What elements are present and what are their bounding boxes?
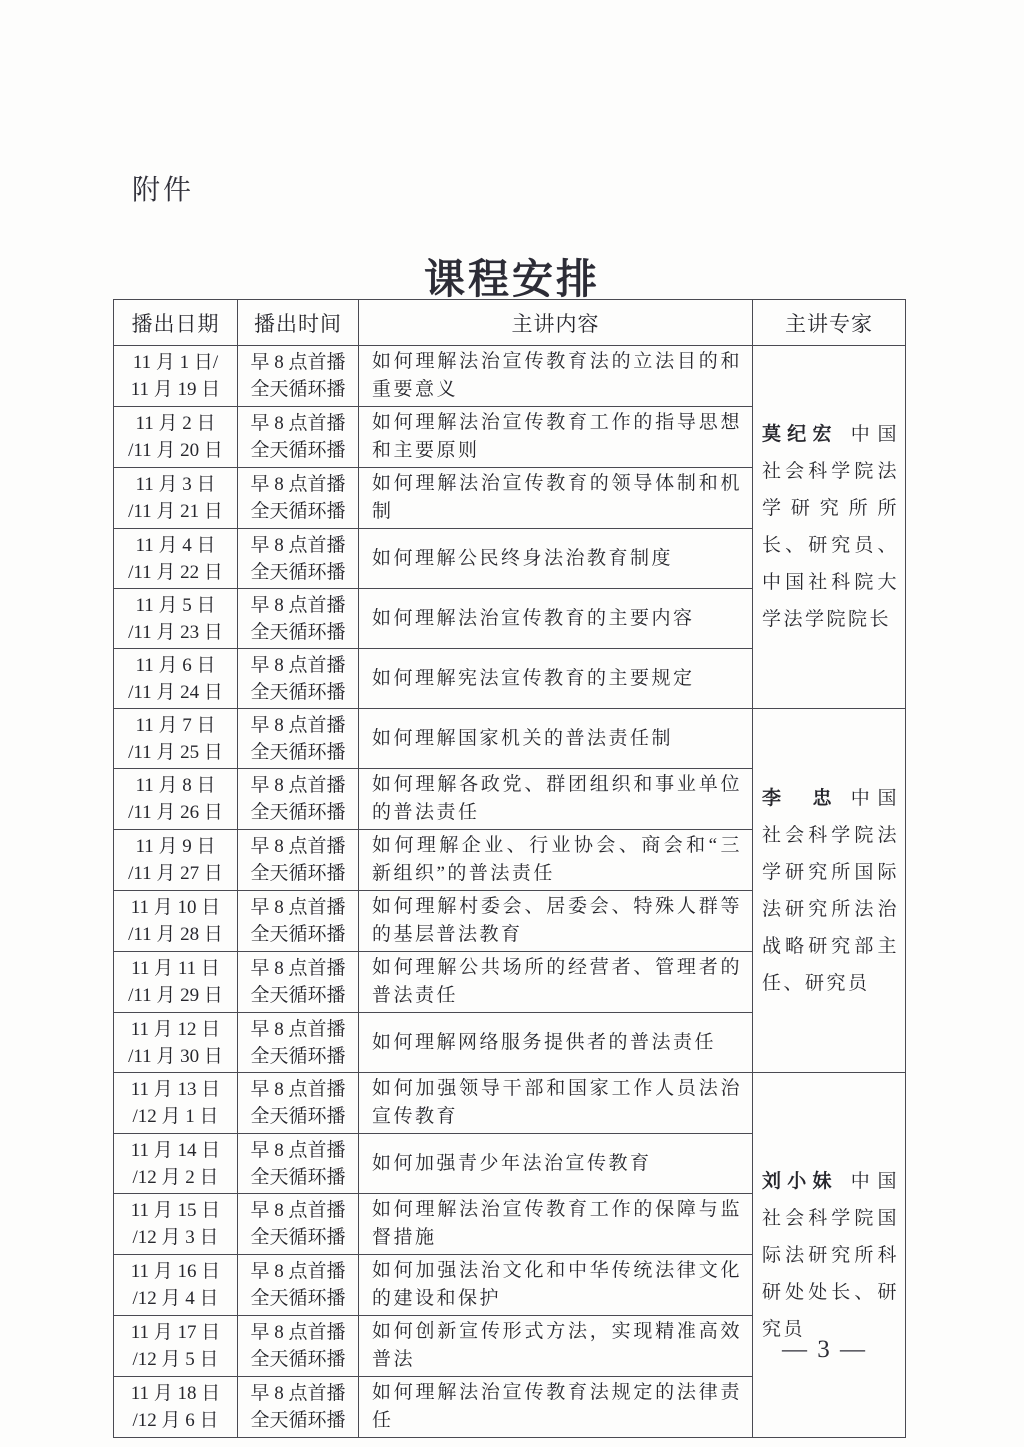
date-line: /12 月 6 日: [115, 1407, 236, 1434]
document-page: 附件 课程安排 播出日期 播出时间 主讲内容 主讲专家 11 月 1 日/11 …: [0, 0, 1024, 1447]
broadcast-date-cell: 11 月 10 日/11 月 28 日: [114, 891, 238, 952]
header-lecture-expert: 主讲专家: [753, 300, 906, 346]
broadcast-time-cell: 早 8 点首播全天循环播: [238, 1073, 359, 1134]
expert-name: 李 忠: [762, 788, 851, 809]
broadcast-time-cell: 早 8 点首播全天循环播: [238, 1013, 359, 1073]
broadcast-date-cell: 11 月 12 日/11 月 30 日: [114, 1013, 238, 1073]
broadcast-time-cell: 早 8 点首播全天循环播: [238, 1316, 359, 1377]
time-line: 早 8 点首播: [239, 532, 357, 559]
date-line: 11 月 9 日: [115, 833, 236, 860]
time-line: 全天循环播: [239, 1103, 357, 1130]
lecture-content-cell: 如何理解各政党、群团组织和事业单位的普法责任: [359, 769, 753, 830]
broadcast-date-cell: 11 月 11 日/11 月 29 日: [114, 952, 238, 1013]
broadcast-date-cell: 11 月 18 日/12 月 6 日: [114, 1377, 238, 1438]
time-line: 早 8 点首播: [239, 955, 357, 982]
date-line: /11 月 25 日: [115, 739, 236, 766]
table-header-row: 播出日期 播出时间 主讲内容 主讲专家: [114, 300, 906, 346]
date-line: /11 月 20 日: [115, 437, 236, 464]
broadcast-time-cell: 早 8 点首播全天循环播: [238, 1134, 359, 1194]
time-line: 早 8 点首播: [239, 1016, 357, 1043]
broadcast-time-cell: 早 8 点首播全天循环播: [238, 589, 359, 649]
time-line: 早 8 点首播: [239, 410, 357, 437]
broadcast-date-cell: 11 月 15 日/12 月 3 日: [114, 1194, 238, 1255]
broadcast-time-cell: 早 8 点首播全天循环播: [238, 891, 359, 952]
header-lecture-content: 主讲内容: [359, 300, 753, 346]
time-line: 全天循环播: [239, 619, 357, 646]
broadcast-time-cell: 早 8 点首播全天循环播: [238, 649, 359, 709]
lecture-content-cell: 如何理解村委会、居委会、特殊人群等的基层普法教育: [359, 891, 753, 952]
time-line: 早 8 点首播: [239, 652, 357, 679]
broadcast-date-cell: 11 月 3 日/11 月 21 日: [114, 468, 238, 529]
expert-name: 莫纪宏: [762, 424, 851, 445]
date-line: 11 月 4 日: [115, 532, 236, 559]
date-line: 11 月 17 日: [115, 1319, 236, 1346]
lecture-content-cell: 如何理解法治宣传教育的领导体制和机制: [359, 468, 753, 529]
time-line: 全天循环播: [239, 799, 357, 826]
broadcast-date-cell: 11 月 13 日/12 月 1 日: [114, 1073, 238, 1134]
broadcast-time-cell: 早 8 点首播全天循环播: [238, 709, 359, 769]
date-line: 11 月 13 日: [115, 1076, 236, 1103]
date-line: 11 月 3 日: [115, 471, 236, 498]
time-line: 全天循环播: [239, 1164, 357, 1191]
broadcast-time-cell: 早 8 点首播全天循环播: [238, 830, 359, 891]
course-schedule-table: 播出日期 播出时间 主讲内容 主讲专家 11 月 1 日/11 月 19 日早 …: [113, 299, 906, 1438]
broadcast-time-cell: 早 8 点首播全天循环播: [238, 1377, 359, 1438]
date-line: /12 月 5 日: [115, 1346, 236, 1373]
date-line: 11 月 12 日: [115, 1016, 236, 1043]
broadcast-time-cell: 早 8 点首播全天循环播: [238, 529, 359, 589]
time-line: 全天循环播: [239, 860, 357, 887]
date-line: /11 月 24 日: [115, 679, 236, 706]
lecture-content-cell: 如何加强青少年法治宣传教育: [359, 1134, 753, 1194]
lecture-content-cell: 如何理解国家机关的普法责任制: [359, 709, 753, 769]
time-line: 全天循环播: [239, 921, 357, 948]
date-line: 11 月 10 日: [115, 894, 236, 921]
header-broadcast-time: 播出时间: [238, 300, 359, 346]
broadcast-time-cell: 早 8 点首播全天循环播: [238, 407, 359, 468]
lecture-content-cell: 如何创新宣传形式方法，实现精准高效普法: [359, 1316, 753, 1377]
broadcast-date-cell: 11 月 16 日/12 月 4 日: [114, 1255, 238, 1316]
broadcast-time-cell: 早 8 点首播全天循环播: [238, 1194, 359, 1255]
date-line: 11 月 18 日: [115, 1380, 236, 1407]
broadcast-date-cell: 11 月 5 日/11 月 23 日: [114, 589, 238, 649]
time-line: 早 8 点首播: [239, 772, 357, 799]
date-line: 11 月 11 日: [115, 955, 236, 982]
time-line: 全天循环播: [239, 498, 357, 525]
lecture-content-cell: 如何理解企业、行业协会、商会和“三新组织”的普法责任: [359, 830, 753, 891]
broadcast-time-cell: 早 8 点首播全天循环播: [238, 769, 359, 830]
broadcast-date-cell: 11 月 4 日/11 月 22 日: [114, 529, 238, 589]
expert-affiliation: 中国社会科学院法学研究所国际法研究所法治战略研究部主任、研究员: [762, 788, 899, 994]
page-title: 课程安排: [0, 246, 1024, 305]
time-line: 全天循环播: [239, 1043, 357, 1070]
date-line: /12 月 3 日: [115, 1224, 236, 1251]
date-line: 11 月 19 日: [115, 376, 236, 403]
time-line: 全天循环播: [239, 1224, 357, 1251]
date-line: /11 月 23 日: [115, 619, 236, 646]
lecture-expert-cell: 莫纪宏中国社会科学院法学研究所所长、研究员、中国社科院大学法学院院长: [753, 346, 906, 709]
lecture-content-cell: 如何理解法治宣传教育的主要内容: [359, 589, 753, 649]
time-line: 早 8 点首播: [239, 1076, 357, 1103]
time-line: 早 8 点首播: [239, 833, 357, 860]
date-line: 11 月 5 日: [115, 592, 236, 619]
time-line: 早 8 点首播: [239, 894, 357, 921]
date-line: 11 月 1 日/: [115, 349, 236, 376]
broadcast-time-cell: 早 8 点首播全天循环播: [238, 952, 359, 1013]
date-line: /11 月 21 日: [115, 498, 236, 525]
lecture-expert-cell: 刘小妹中国社会科学院国际法研究所科研处处长、研究员: [753, 1073, 906, 1438]
lecture-content-cell: 如何理解法治宣传教育法规定的法律责任: [359, 1377, 753, 1438]
date-line: 11 月 14 日: [115, 1137, 236, 1164]
date-line: /11 月 30 日: [115, 1043, 236, 1070]
time-line: 全天循环播: [239, 376, 357, 403]
lecture-content-cell: 如何加强领导干部和国家工作人员法治宣传教育: [359, 1073, 753, 1134]
date-line: 11 月 8 日: [115, 772, 236, 799]
header-broadcast-date: 播出日期: [114, 300, 238, 346]
broadcast-date-cell: 11 月 2 日/11 月 20 日: [114, 407, 238, 468]
broadcast-date-cell: 11 月 1 日/11 月 19 日: [114, 346, 238, 407]
attachment-label: 附件: [132, 168, 194, 208]
broadcast-time-cell: 早 8 点首播全天循环播: [238, 346, 359, 407]
time-line: 早 8 点首播: [239, 1380, 357, 1407]
date-line: 11 月 15 日: [115, 1197, 236, 1224]
time-line: 全天循环播: [239, 739, 357, 766]
table-row: 11 月 1 日/11 月 19 日早 8 点首播全天循环播如何理解法治宣传教育…: [114, 346, 906, 407]
table-row: 11 月 13 日/12 月 1 日早 8 点首播全天循环播如何加强领导干部和国…: [114, 1073, 906, 1134]
lecture-expert-cell: 李 忠中国社会科学院法学研究所国际法研究所法治战略研究部主任、研究员: [753, 709, 906, 1073]
time-line: 全天循环播: [239, 679, 357, 706]
table-row: 11 月 7 日/11 月 25 日早 8 点首播全天循环播如何理解国家机关的普…: [114, 709, 906, 769]
time-line: 早 8 点首播: [239, 1319, 357, 1346]
time-line: 全天循环播: [239, 559, 357, 586]
lecture-content-cell: 如何理解公民终身法治教育制度: [359, 529, 753, 589]
broadcast-time-cell: 早 8 点首播全天循环播: [238, 1255, 359, 1316]
date-line: /11 月 27 日: [115, 860, 236, 887]
date-line: /11 月 28 日: [115, 921, 236, 948]
broadcast-date-cell: 11 月 8 日/11 月 26 日: [114, 769, 238, 830]
time-line: 全天循环播: [239, 1285, 357, 1312]
date-line: /12 月 2 日: [115, 1164, 236, 1191]
lecture-content-cell: 如何理解网络服务提供者的普法责任: [359, 1013, 753, 1073]
date-line: 11 月 16 日: [115, 1258, 236, 1285]
date-line: 11 月 6 日: [115, 652, 236, 679]
date-line: 11 月 2 日: [115, 410, 236, 437]
time-line: 早 8 点首播: [239, 471, 357, 498]
time-line: 早 8 点首播: [239, 1258, 357, 1285]
date-line: /12 月 4 日: [115, 1285, 236, 1312]
lecture-content-cell: 如何理解公共场所的经营者、管理者的普法责任: [359, 952, 753, 1013]
time-line: 全天循环播: [239, 1407, 357, 1434]
time-line: 早 8 点首播: [239, 1197, 357, 1224]
time-line: 早 8 点首播: [239, 1137, 357, 1164]
broadcast-date-cell: 11 月 7 日/11 月 25 日: [114, 709, 238, 769]
expert-affiliation: 中国社会科学院国际法研究所科研处处长、研究员: [762, 1171, 899, 1340]
date-line: 11 月 7 日: [115, 712, 236, 739]
date-line: /11 月 26 日: [115, 799, 236, 826]
broadcast-date-cell: 11 月 14 日/12 月 2 日: [114, 1134, 238, 1194]
date-line: /11 月 22 日: [115, 559, 236, 586]
page-number: — 3 —: [782, 1336, 867, 1364]
lecture-content-cell: 如何理解法治宣传教育法的立法目的和重要意义: [359, 346, 753, 407]
broadcast-time-cell: 早 8 点首播全天循环播: [238, 468, 359, 529]
lecture-content-cell: 如何理解宪法宣传教育的主要规定: [359, 649, 753, 709]
lecture-content-cell: 如何理解法治宣传教育工作的保障与监督措施: [359, 1194, 753, 1255]
time-line: 早 8 点首播: [239, 349, 357, 376]
broadcast-date-cell: 11 月 17 日/12 月 5 日: [114, 1316, 238, 1377]
expert-name: 刘小妹: [762, 1171, 851, 1192]
time-line: 早 8 点首播: [239, 592, 357, 619]
time-line: 全天循环播: [239, 437, 357, 464]
expert-affiliation: 中国社会科学院法学研究所所长、研究员、中国社科院大学法学院院长: [762, 424, 899, 630]
broadcast-date-cell: 11 月 9 日/11 月 27 日: [114, 830, 238, 891]
lecture-content-cell: 如何加强法治文化和中华传统法律文化的建设和保护: [359, 1255, 753, 1316]
broadcast-date-cell: 11 月 6 日/11 月 24 日: [114, 649, 238, 709]
time-line: 全天循环播: [239, 982, 357, 1009]
time-line: 全天循环播: [239, 1346, 357, 1373]
date-line: /11 月 29 日: [115, 982, 236, 1009]
date-line: /12 月 1 日: [115, 1103, 236, 1130]
lecture-content-cell: 如何理解法治宣传教育工作的指导思想和主要原则: [359, 407, 753, 468]
time-line: 早 8 点首播: [239, 712, 357, 739]
